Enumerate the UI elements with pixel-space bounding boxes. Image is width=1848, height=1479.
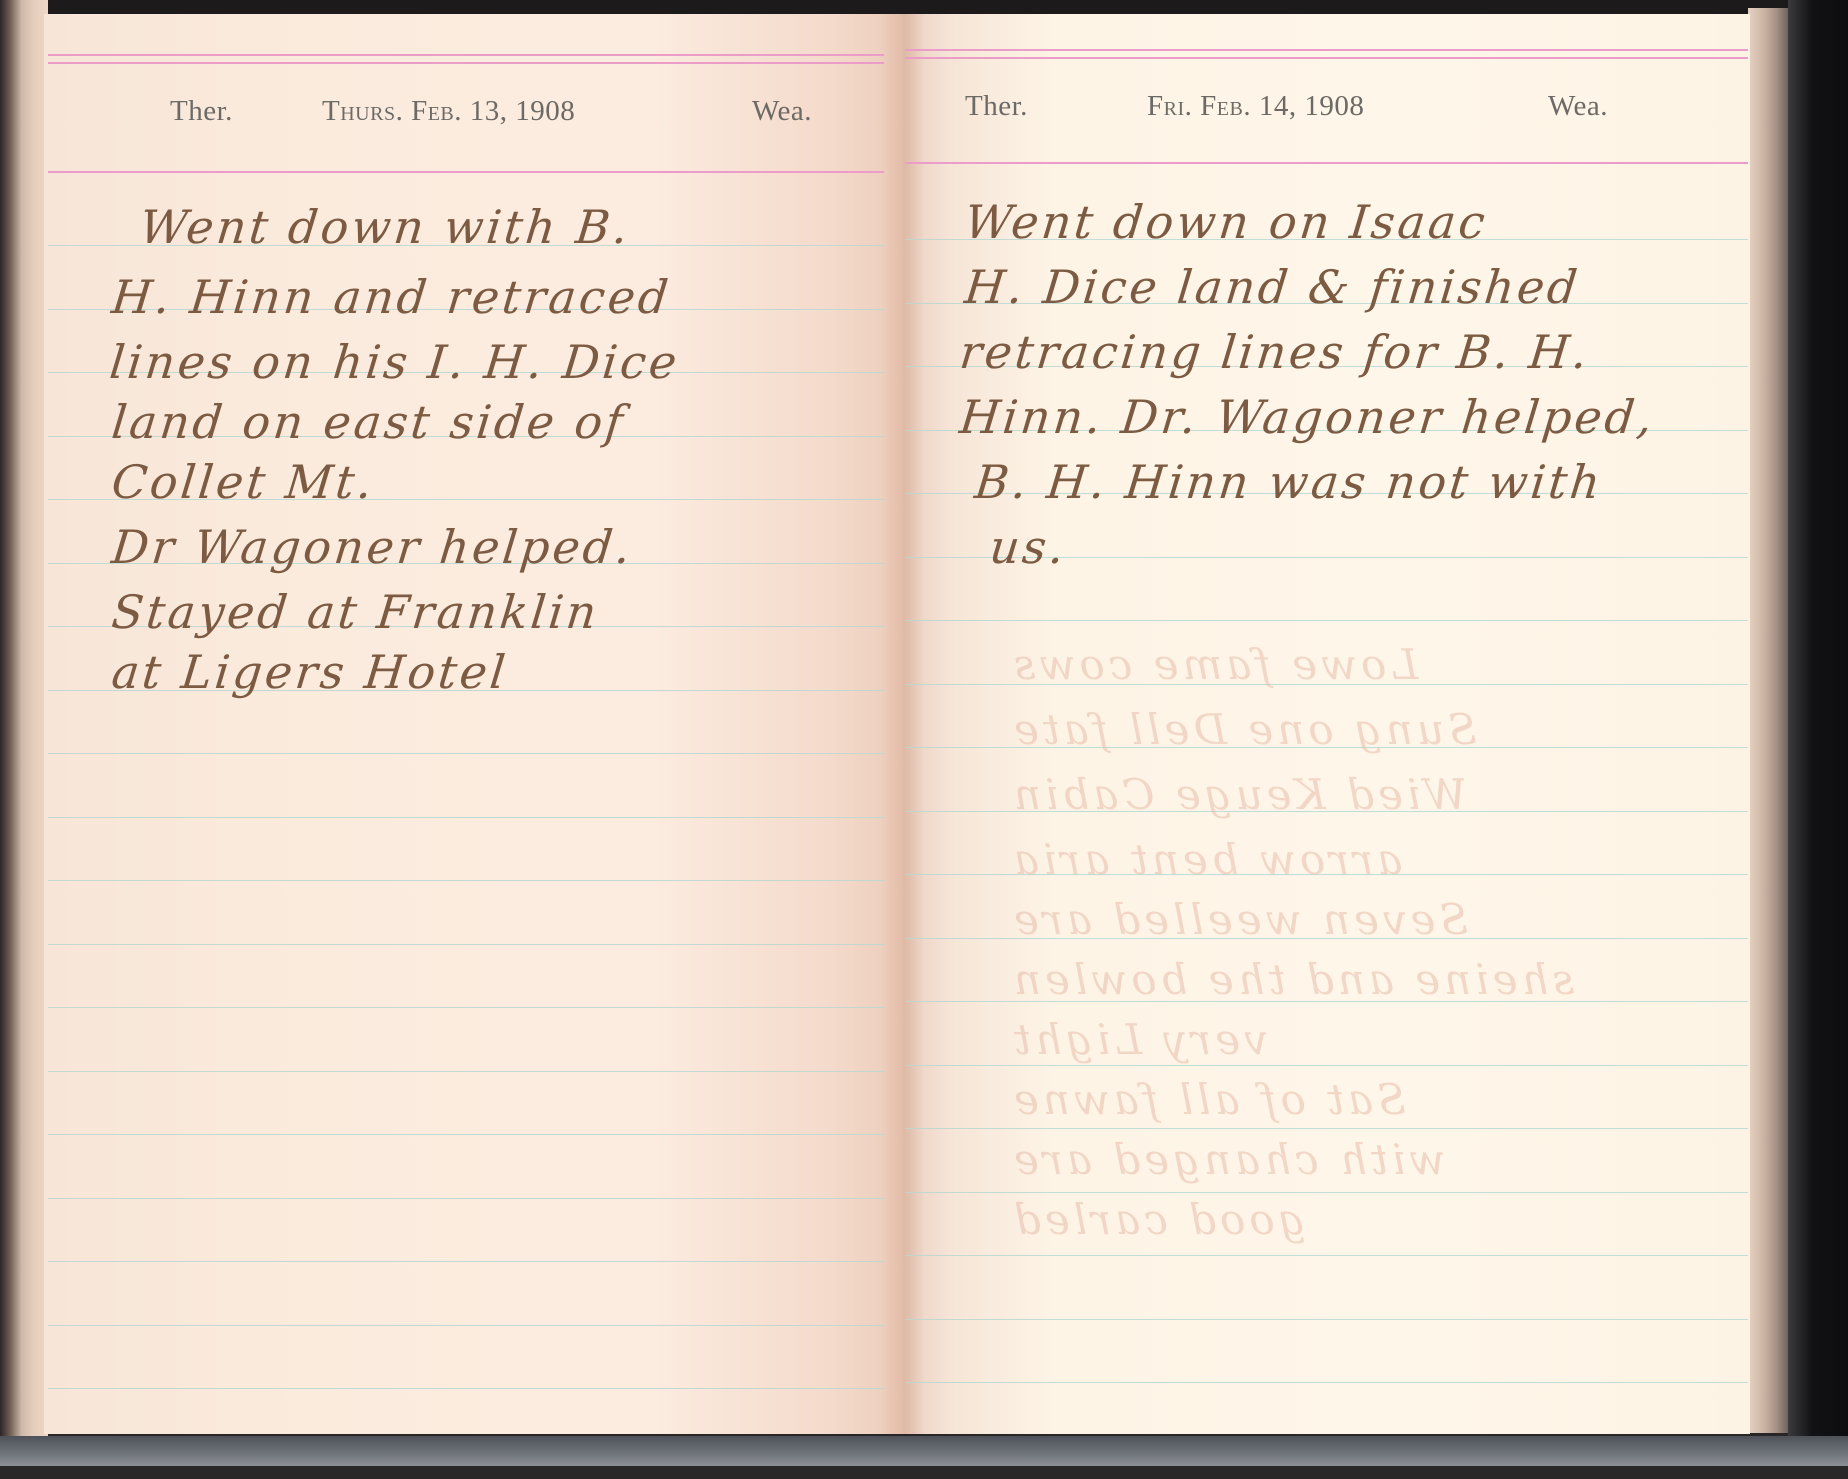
header-rule — [905, 49, 1748, 51]
ruled-line — [905, 1319, 1748, 1320]
right-entry-line: retracing lines for B. H. — [957, 325, 1593, 379]
ruled-line — [48, 817, 884, 818]
left-entry-line: H. Hinn and retraced — [109, 270, 673, 324]
ruled-line — [48, 880, 884, 881]
bleed-through-text: Lowe fame cows — [1010, 640, 1418, 689]
left-date-text: Thurs. Feb. 13, 1908 — [322, 95, 575, 127]
diary-book: Ther. Thurs. Feb. 13, 1908 Wea. Ther. Fr… — [0, 0, 1848, 1479]
left-date-label: Thurs. Feb. 13, 1908 — [322, 95, 575, 128]
bleed-through-text: Seven weelled are — [1010, 895, 1468, 944]
left-entry-line: land on east side of — [109, 395, 628, 449]
left-entry-line: Stayed at Franklin — [109, 585, 602, 639]
bleed-through-text: Sung one Dell fate — [1010, 705, 1477, 754]
bleed-through-text: sheine and the bowlen — [1010, 955, 1574, 1004]
bleed-through-text: Sat of all fawne — [1010, 1075, 1406, 1124]
right-entry-line: Hinn. Dr. Wagoner helped, — [957, 390, 1658, 444]
right-entry-line: B. H. Hinn was not with — [972, 455, 1605, 509]
header-rule — [48, 54, 884, 56]
book-cover-bottom — [0, 1436, 1848, 1466]
book-cover-right — [1788, 0, 1848, 1440]
bleed-through-text: very Light — [1010, 1015, 1268, 1064]
ruled-line — [48, 1198, 884, 1199]
ruled-line — [48, 1071, 884, 1072]
right-wea-label: Wea. — [1548, 90, 1608, 123]
left-entry-line: at Ligers Hotel — [109, 645, 511, 699]
ruled-line — [48, 1325, 884, 1326]
right-entry-line: Went down on Isaac — [962, 195, 1490, 249]
bleed-through-text: Wied Keuge Cabin — [1010, 770, 1467, 819]
ruled-line — [905, 1192, 1748, 1193]
left-wea-label: Wea. — [752, 95, 812, 128]
right-date-label: Fri. Feb. 14, 1908 — [1147, 90, 1364, 123]
gutter-shadow — [880, 14, 924, 1434]
header-rule — [905, 57, 1748, 59]
ruled-line — [48, 1388, 884, 1389]
right-ther-label: Ther. — [965, 90, 1028, 123]
left-entry-line: Dr Wagoner helped. — [109, 520, 636, 574]
left-entry-line: Collet Mt. — [109, 455, 378, 509]
book-right-page-edges — [1748, 8, 1788, 1433]
ruled-line — [905, 1065, 1748, 1066]
ruled-line — [48, 1007, 884, 1008]
ruled-line — [905, 1382, 1748, 1383]
right-date-text: Fri. Feb. 14, 1908 — [1147, 90, 1364, 122]
ruled-line — [48, 1261, 884, 1262]
bleed-through-text: good carled — [1010, 1195, 1306, 1244]
ruled-line — [905, 1128, 1748, 1129]
book-left-edge — [0, 0, 48, 1440]
left-ther-label: Ther. — [170, 95, 233, 128]
header-rule — [905, 162, 1748, 164]
bleed-through-text: with changed are — [1010, 1135, 1445, 1184]
left-entry-line: lines on his I. H. Dice — [107, 335, 682, 389]
header-rule — [48, 171, 884, 173]
bleed-through-text: arrow bent aria — [1010, 835, 1402, 884]
ruled-line — [905, 1255, 1748, 1256]
ruled-line — [48, 944, 884, 945]
left-entry-line: Went down with B. — [137, 200, 633, 254]
ruled-line — [48, 753, 884, 754]
ruled-line — [48, 1134, 884, 1135]
header-rule — [48, 62, 884, 64]
ruled-line — [905, 620, 1748, 621]
right-entry-line: us. — [987, 520, 1070, 574]
right-entry-line: H. Dice land & finished — [962, 260, 1583, 314]
